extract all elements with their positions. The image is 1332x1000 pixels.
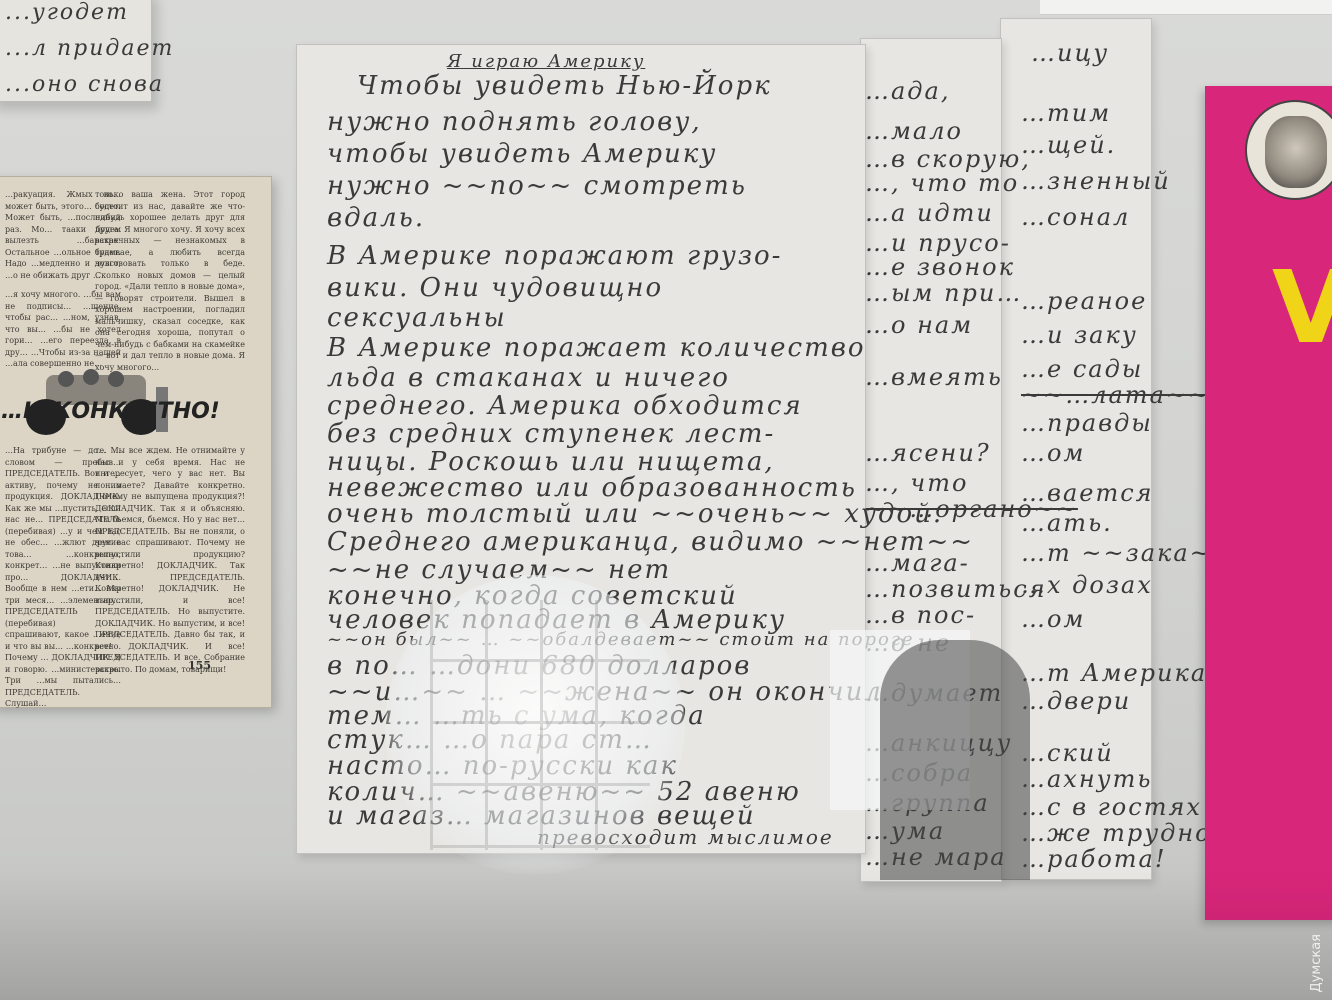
manuscript-line: …ицу (1031, 39, 1109, 67)
manuscript-line: …ский (1021, 739, 1114, 767)
manuscript-line: …работа! (1021, 845, 1166, 873)
manuscript-line: …ясени? (865, 439, 991, 467)
manuscript-line: …позвиться (865, 575, 1047, 603)
manuscript-line: В Америке поражает количество (327, 333, 866, 363)
manuscript-line: …ахнуть (1021, 765, 1152, 793)
book-page-number: 155 (188, 659, 211, 672)
manuscript-line: В Америке поражают грузо- (327, 241, 782, 271)
manuscript-title: Я играю Америку (447, 51, 645, 72)
display-frame-edge (1040, 0, 1332, 15)
manuscript-line: вики. Они чудовищно (327, 273, 663, 303)
manuscript-line: нужно ~~по~~ смотреть (327, 171, 747, 201)
manuscript-line: …реаное (1021, 287, 1147, 315)
manuscript-line: …, что (865, 469, 968, 497)
manuscript-line: …зненный (1021, 167, 1171, 195)
book-cartoon-slogan: …Ы КОНКРЕТНО! (1, 399, 220, 424)
case-shadow (0, 870, 1332, 1000)
manuscript-line: …и заку (1021, 321, 1138, 349)
manuscript-line: …в пос- (865, 601, 976, 629)
manuscript-line: вдаль. (327, 203, 425, 233)
watermark: Думская (1309, 934, 1324, 992)
manuscript-line: …собра (865, 759, 973, 787)
open-book-page: …ракуация. Жмых во… может быть, этого… б… (0, 176, 272, 708)
manuscript-line: чтобы увидеть Америку (327, 139, 717, 169)
manuscript-line: …е звонок (865, 253, 1015, 281)
handwritten-note-fragment: ...угодет ...л придает ...оно снова (0, 0, 152, 102)
book-text-right-bottom: те. Мы все ждем. Не отнимайте у нас и у … (95, 445, 245, 675)
manuscript-line: …щей. (1021, 131, 1116, 159)
manuscript-line: …т ~~зака~~ (1021, 539, 1234, 567)
manuscript-line: …ума (865, 817, 945, 845)
manuscript-line: …, что то (865, 169, 1019, 197)
manuscript-line: …а идти (865, 199, 994, 227)
manuscript-page-front: Я играю Америку Чтобы увидеть Нью-Йорк н… (296, 44, 866, 854)
manuscript-line: …о нам (865, 311, 973, 339)
face-drawing-icon (1265, 116, 1327, 188)
pink-magazine-cover (1205, 86, 1332, 920)
manuscript-page-middle: …ада, …мало …в скорую, …, что то …а идти… (860, 38, 1002, 882)
note-line: ...оно снова (0, 63, 151, 99)
manuscript-line: …ом (1021, 439, 1085, 467)
manuscript-line: …ада, (865, 77, 950, 105)
manuscript-line: сексуальны (327, 303, 507, 333)
manuscript-line: …анкиццу (865, 729, 1012, 757)
manuscript-line: нужно поднять голову, (327, 107, 702, 137)
manuscript-line: …вмеять (865, 363, 1003, 391)
manuscript-line: …двери (1021, 687, 1131, 715)
magazine-title-letter: V (1272, 258, 1332, 358)
book-text-right-top: только ваша жена. Этот город состоит из … (95, 189, 245, 373)
manuscript-line: Чтобы увидеть Нью-Йорк (357, 71, 772, 101)
manuscript-line: …же трудно, (1021, 819, 1221, 847)
manuscript-line: без средних ступенек лест- (327, 419, 775, 449)
manuscript-line: …с в гостях (1021, 793, 1202, 821)
manuscript-line: …мало (865, 117, 963, 145)
manuscript-line: …группа (865, 789, 990, 817)
manuscript-line: среднего. Америка обходится (327, 391, 803, 421)
manuscript-line: …тим (1021, 99, 1111, 127)
note-line: ...угодет (0, 0, 151, 27)
manuscript-line: …думает (865, 679, 1003, 707)
manuscript-line: …сонал (1021, 203, 1130, 231)
manuscript-line: …ым при… (865, 279, 1022, 307)
manuscript-line: …е сады (1021, 355, 1143, 383)
manuscript-line: ~~он был~~ … ~~обалдевает~~ стоит на пор… (327, 629, 915, 650)
manuscript-line: превосходит мыслимое (537, 825, 834, 849)
manuscript-line: очень толстый или ~~очень~~ худой. (327, 499, 943, 529)
manuscript-line: …т Америка (1021, 659, 1207, 687)
manuscript-line: Среднего американца, видимо ~~нет~~ (327, 527, 974, 557)
manuscript-line: ~~…лата~~ (1021, 381, 1210, 409)
manuscript-line: …правды (1021, 409, 1153, 437)
manuscript-line: льда в стаканах и ничего (327, 363, 730, 393)
manuscript-line: …ом (1021, 605, 1085, 633)
manuscript-line: …не мара (865, 843, 1007, 871)
note-line: ...л придает (0, 27, 151, 63)
